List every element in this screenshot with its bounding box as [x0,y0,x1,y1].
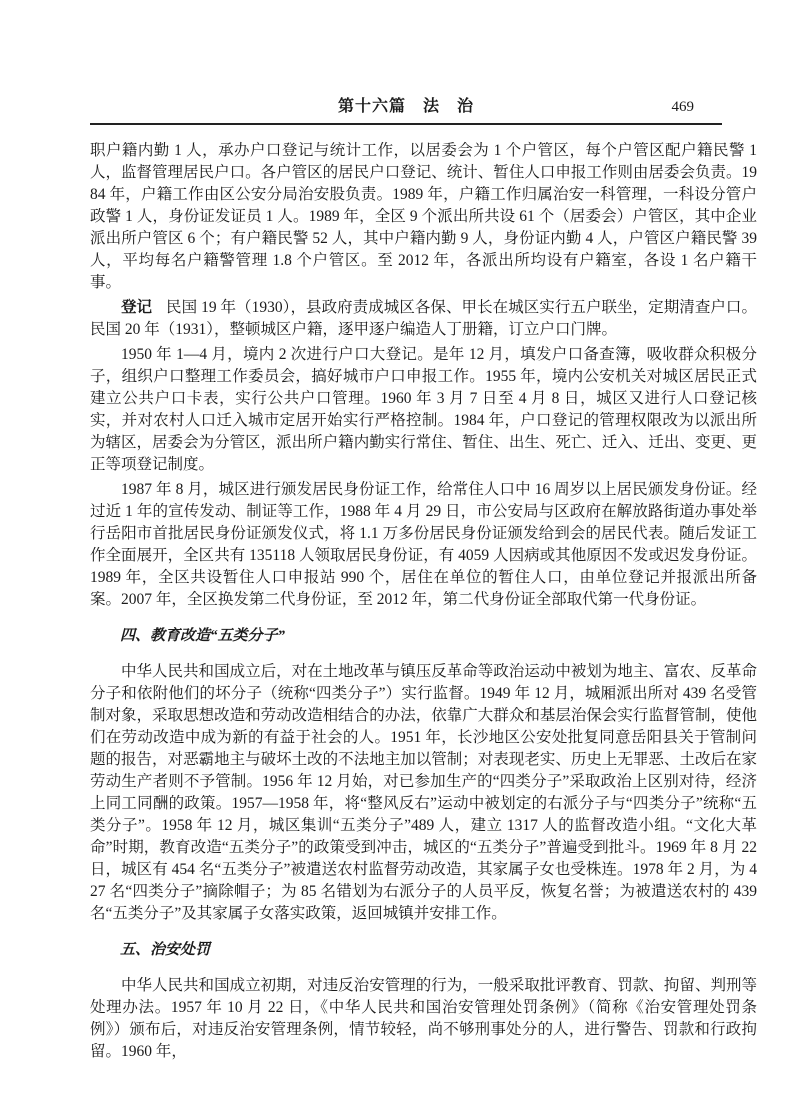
page-body: 职户籍内勤 1 人，承办户口登记与统计工作，以居委会为 1 个户管区，每个户管区… [90,140,757,1063]
page-header: 第十六篇 法 治 469 [90,96,722,118]
paragraph-public-security-penalties: 中华人民共和国成立初期，对违反治安管理的行为，一般采取批评教育、罚款、拘留、判刑… [90,975,757,1063]
paragraph-household-registry-staff: 职户籍内勤 1 人，承办户口登记与统计工作，以居委会为 1 个户管区，每个户管区… [90,140,757,294]
paragraph-id-cards: 1987 年 8 月，城区进行颁发居民身份证工作，给常住人口中 16 周岁以上居… [90,479,757,611]
paragraph-dengji: 登记民国 19 年（1930），县政府责成城区各保、甲长在城区实行五户联坐，定期… [90,297,757,341]
paragraph-hukou-registration-1950s: 1950 年 1—4 月，境内 2 次进行户口大登记。是年 12 月，填发户口备… [90,344,757,476]
paragraph-lead-dengji: 登记 [121,299,152,316]
book-page: 第十六篇 法 治 469 职户籍内勤 1 人，承办户口登记与统计工作，以居委会为… [0,0,805,1099]
header-rule [90,123,722,125]
paragraph-five-categories: 中华人民共和国成立后，对在土地改革与镇压反革命等政治运动中被划为地主、富农、反革… [90,661,757,925]
page-number: 469 [672,96,695,118]
page-content: 第十六篇 法 治 469 职户籍内勤 1 人，承办户口登记与统计工作，以居委会为… [90,96,757,1066]
paragraph-dengji-text: 民国 19 年（1930），县政府责成城区各保、甲长在城区实行五户联坐，定期清查… [90,299,757,338]
section-heading-four: 四、教育改造“五类分子” [90,625,757,647]
section-heading-five: 五、治安处罚 [90,939,757,961]
chapter-title: 第十六篇 法 治 [90,96,722,118]
